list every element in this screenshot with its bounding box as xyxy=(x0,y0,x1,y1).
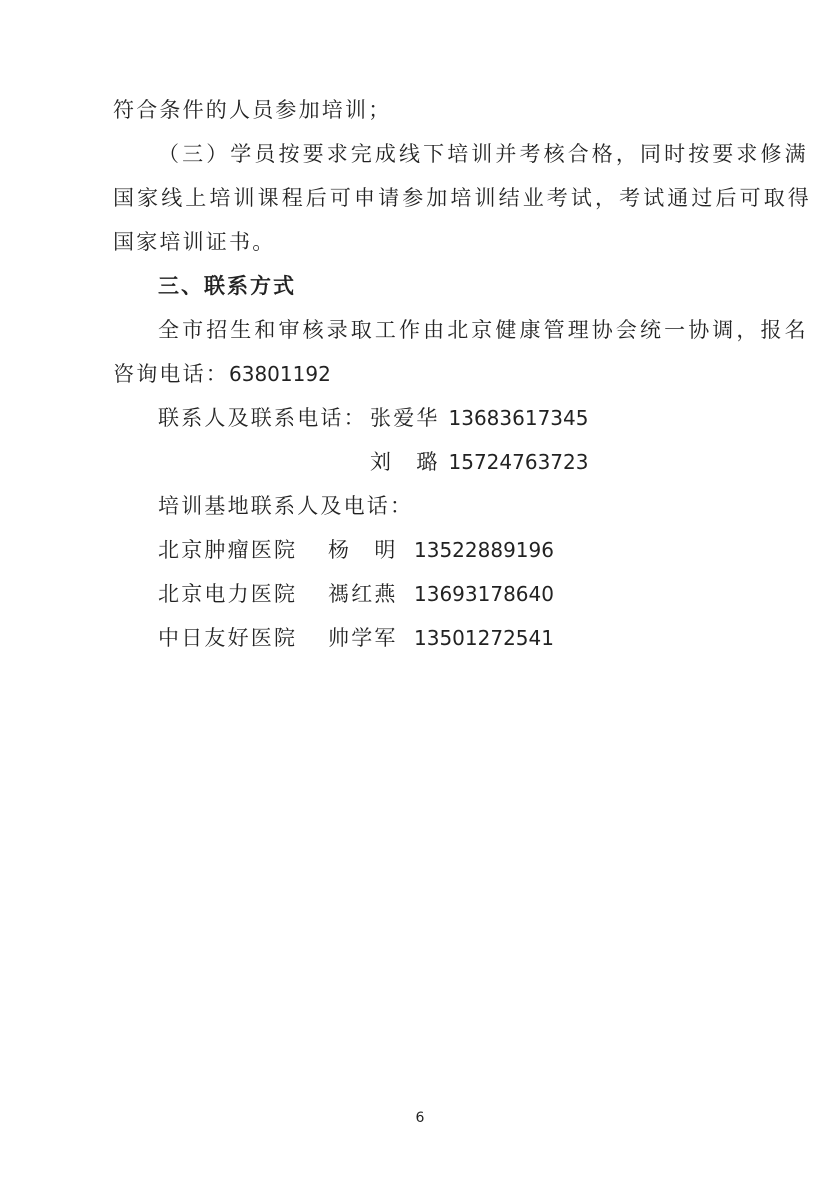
enrollment-text: 全市招生和审核录取工作由北京健康管理协会统一协调，报名 xyxy=(158,316,809,344)
contact-row: 刘 璐 15724763723 xyxy=(370,448,588,476)
training-bases-label: 培训基地联系人及电话： xyxy=(158,492,413,520)
contact-row: 张爱华 13683617345 xyxy=(370,404,588,432)
paragraph-line: 国家线上培训课程后可申请参加培训结业考试，考试通过后可取得 xyxy=(113,184,812,212)
hospital-contact: 禡红燕 xyxy=(328,580,398,608)
hospital-phone: 13693178640 xyxy=(414,580,554,608)
page-number: 6 xyxy=(0,1110,840,1126)
hospital-phone: 13501272541 xyxy=(414,624,554,652)
contact-name: 张爱华 xyxy=(370,406,440,430)
section-heading: 三、联系方式 xyxy=(158,272,296,300)
enrollment-phone-label: 咨询电话： xyxy=(113,362,229,386)
paragraph-line: 符合条件的人员参加培训； xyxy=(113,96,391,124)
hospital-phone: 13522889196 xyxy=(414,536,554,564)
hospital-contact: 杨 明 xyxy=(328,536,398,564)
contact-phone: 15724763723 xyxy=(449,450,589,474)
paragraph-line: 国家培训证书。 xyxy=(113,228,275,256)
hospital-name: 北京肿瘤医院 xyxy=(158,536,297,564)
contact-name: 刘 璐 xyxy=(370,450,440,474)
contacts-label: 联系人及联系电话： xyxy=(158,404,367,432)
hospital-name: 中日友好医院 xyxy=(158,624,297,652)
enrollment-phone: 63801192 xyxy=(229,362,331,386)
paragraph-line: （三）学员按要求完成线下培训并考核合格，同时按要求修满 xyxy=(158,140,809,168)
hospital-name: 北京电力医院 xyxy=(158,580,297,608)
hospital-contact: 帅学军 xyxy=(328,624,398,652)
contact-phone: 13683617345 xyxy=(449,406,589,430)
enrollment-phone-line: 咨询电话：63801192 xyxy=(113,360,331,388)
